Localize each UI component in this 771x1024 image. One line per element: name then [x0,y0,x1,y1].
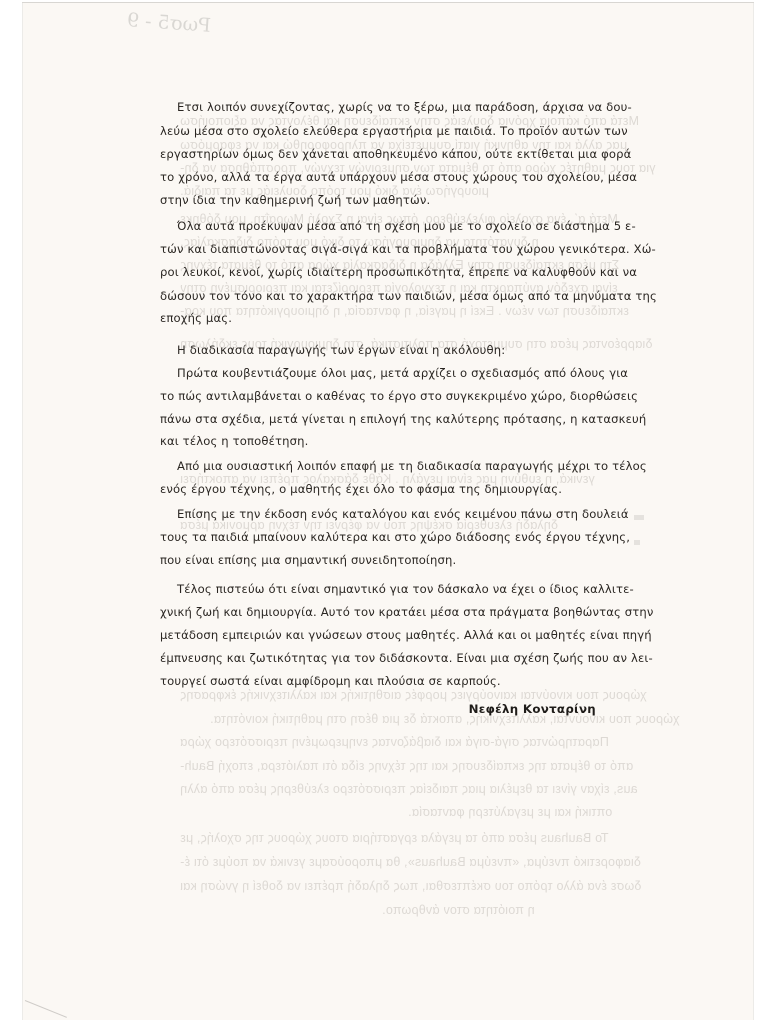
handwritten-note-bleed: Ρωσ5 - 9 [126,9,211,37]
text-line: στην ίδια την καθημερινή ζωή των μαθητών… [160,193,596,207]
text-line: δώσουν τον τόνο και το χαρακτήρα των παι… [160,289,596,303]
bleed-line: χώρους που κινούνται, καλλιτεχνικής, απο… [210,712,679,726]
text-line: και τέλος η τοποθέτηση. [160,434,596,448]
text-line: εργαστηρίων όμως δεν χάνεται αποθηκευμέν… [160,147,596,161]
text-line: τους τα παιδιά μπαίνουν καλύτερα και στο… [160,530,596,544]
bleed-line: aus, είχαν γίνει τα θεμέλια μιας παιδεία… [180,782,638,796]
text-line: που είναι επίσης μια σημαντική συνειδητο… [160,553,596,567]
text-line: μετάδοση εμπειριών και γνώσεων στους μαθ… [160,628,596,642]
bleed-line: οπτική και με μεγαλύτερη φαντασία. [408,805,612,819]
text-line: έμπνευσης και ζωτικότητας για τον διδάσκ… [160,651,596,665]
text-line: το πώς αντιλαμβάνεται ο καθένας το έργο … [160,389,596,403]
text-line: Τέλος πιστεύω ότι είναι σημαντικό για το… [177,582,596,596]
bleed-line: η ποιότητα στον άνθρωπο. [382,903,535,917]
text-line: λεύω μέσα στο σχολείο ελεύθερα εργαστήρι… [160,124,596,138]
bleed-line: χώρους που κινούνται καινούργιες μορφές … [180,688,647,702]
bleed-line: από το θέματα της εκπαίδευσης και της τέ… [180,759,633,773]
author-signature: Νεφέλη Κονταρίνη [469,702,596,716]
text-line: ροι λευκοί, κενοί, χωρίς ιδιαίτερη προσω… [160,265,596,279]
text-line: Η διαδικασία παραγωγής των έργων είναι η… [177,343,596,357]
text-line: Πρώτα κουβεντιάζουμε όλοι μας, μετά αρχί… [177,366,596,380]
text-line: πάνω στα σχέδια, μετά γίνεται η επιλογή … [160,412,596,426]
text-line: Επίσης με την έκδοση ενός καταλόγου και … [177,507,596,521]
margin-mark [634,515,644,520]
text-line: τών και διαπιστώνοντας σιγά-σιγά και τα … [160,242,596,256]
text-line: χνική ζωή και δημιουργία. Αυτό τον κρατά… [160,605,596,619]
margin-mark [634,540,640,545]
bleed-line: δωσε ένα άλλο τρόπο του σκέπτεσθαι, πως … [180,879,641,893]
bleed-line: Παρατηρώντας σιγά-σιγά και διαβάζοντας ε… [180,735,609,749]
bleed-line: Το Bauhaus μέσα από τα μεγάλα εργαστήρια… [180,831,609,845]
bleed-line: διαφορετικό πνεύμα, «πνεύμα Bauhaus», θα… [180,855,641,869]
text-line: ενός έργου τέχνης, ο μαθητής έχει όλο το… [160,482,596,496]
text-line: εποχής μας. [160,311,596,325]
text-line: το χρόνο, αλλά τα έργα αυτά υπάρχουν μέσ… [160,170,596,184]
text-line: τουργεί σωστά είναι αμφίδρομη και πλούσι… [160,674,596,688]
text-line: Ετσι λοιπόν συνεχίζοντας, χωρίς να το ξέ… [177,100,596,114]
text-line: Από μια ουσιαστική λοιπόν επαφή με τη δι… [177,459,596,473]
text-line: Όλα αυτά προέκυψαν μέσα από τη σχέση μου… [177,219,596,233]
